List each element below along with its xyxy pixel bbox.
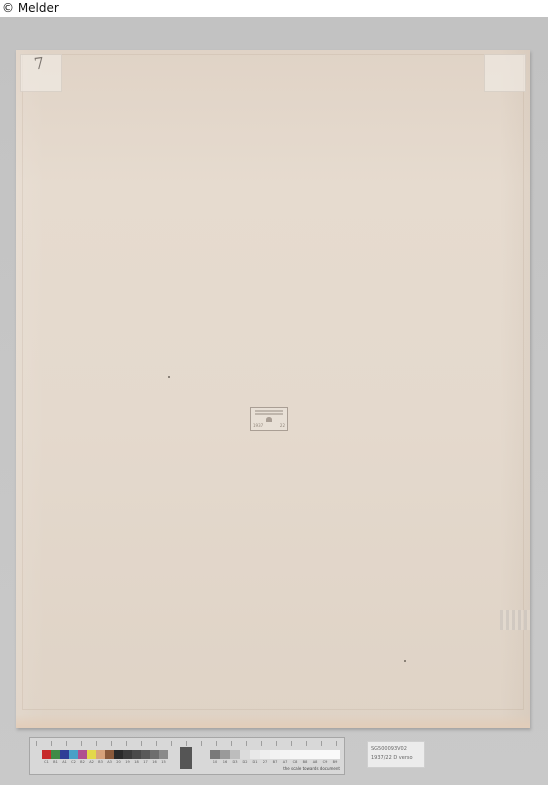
paper-speck: [168, 376, 170, 378]
color-swatch: [114, 750, 123, 759]
gray-patch: [260, 750, 270, 759]
eagle-emblem-icon: [266, 417, 272, 422]
edge-tear: [500, 610, 530, 630]
paper-speck: [404, 660, 406, 662]
swatch-labels: C1B1A1C2B2A2B3A3201918171615: [42, 760, 168, 764]
swatch-label: B1: [51, 760, 60, 764]
color-swatch: [132, 750, 141, 759]
gray-patch: [320, 750, 330, 759]
gray-patch: [250, 750, 260, 759]
swatch-label: B3: [96, 760, 105, 764]
stamp-line: [255, 413, 283, 415]
gray-patch: [290, 750, 300, 759]
color-swatch: [87, 750, 96, 759]
gray-label: A8: [310, 760, 320, 764]
color-swatch: [150, 750, 159, 759]
color-swatch: [51, 750, 60, 759]
gray-reference-block: [180, 747, 192, 769]
ruler-ticks: [36, 741, 338, 746]
color-swatch: [60, 750, 69, 759]
copyright-text: © Melder: [2, 1, 59, 15]
document-sheet: 7 1937 22: [16, 50, 530, 728]
color-swatch: [42, 750, 51, 759]
color-calibration-target: C1B1A1C2B2A2B3A3201918171615 1016D3D2D12…: [29, 737, 345, 775]
stamp-number: 22: [280, 423, 285, 428]
gray-label: 16: [220, 760, 230, 764]
gray-patch: [280, 750, 290, 759]
color-swatch: [141, 750, 150, 759]
gray-label: 27: [260, 760, 270, 764]
color-swatch: [159, 750, 168, 759]
color-swatches: [42, 750, 168, 759]
swatch-label: 20: [114, 760, 123, 764]
stamp-year: 1937: [253, 423, 263, 428]
color-swatch: [69, 750, 78, 759]
gray-patch: [270, 750, 280, 759]
gray-label: A7: [280, 760, 290, 764]
gray-label: B7: [270, 760, 280, 764]
gray-patch: [300, 750, 310, 759]
gray-label: 10: [210, 760, 220, 764]
gray-label: D2: [240, 760, 250, 764]
gray-scale-labels: 1016D3D2D127B7A7C8B8A8C9B9: [210, 760, 340, 764]
swatch-label: 18: [132, 760, 141, 764]
inventory-id: SG500093V02: [371, 745, 421, 754]
swatch-label: A1: [60, 760, 69, 764]
gray-scale-strip: [210, 750, 340, 759]
gray-patch: [220, 750, 230, 759]
gray-patch: [240, 750, 250, 759]
gray-patch: [210, 750, 220, 759]
gray-patch: [230, 750, 240, 759]
color-swatch: [123, 750, 132, 759]
gray-label: B8: [300, 760, 310, 764]
color-swatch: [105, 750, 114, 759]
swatch-label: A2: [87, 760, 96, 764]
gray-label: C8: [290, 760, 300, 764]
swatch-label: 15: [159, 760, 168, 764]
color-swatch: [96, 750, 105, 759]
copyright-bar: © Melder: [0, 0, 548, 17]
swatch-label: C2: [69, 760, 78, 764]
stamp-line: [255, 410, 283, 412]
mount-hinge-top-right: [484, 54, 526, 92]
swatch-label: 17: [141, 760, 150, 764]
gray-label: B9: [330, 760, 340, 764]
color-swatch: [78, 750, 87, 759]
inventory-label: SG500093V02 1937/22 D verso: [367, 741, 425, 768]
inventory-reference: 1937/22 D verso: [371, 754, 421, 763]
swatch-label: A3: [105, 760, 114, 764]
swatch-label: C1: [42, 760, 51, 764]
gray-label: D3: [230, 760, 240, 764]
ruler-caption: the scale towards document: [283, 766, 340, 771]
gray-label: D1: [250, 760, 260, 764]
swatch-label: B2: [78, 760, 87, 764]
gray-patch: [330, 750, 340, 759]
swatch-label: 16: [150, 760, 159, 764]
stamp-numbers: 1937 22: [253, 423, 285, 428]
gray-patch: [310, 750, 320, 759]
photo-stage: 7 1937 22 C1B1A1C2B2A2B3A3201918171615 1…: [0, 17, 548, 785]
gray-label: C9: [320, 760, 330, 764]
swatch-label: 19: [123, 760, 132, 764]
collection-stamp: 1937 22: [250, 407, 288, 431]
